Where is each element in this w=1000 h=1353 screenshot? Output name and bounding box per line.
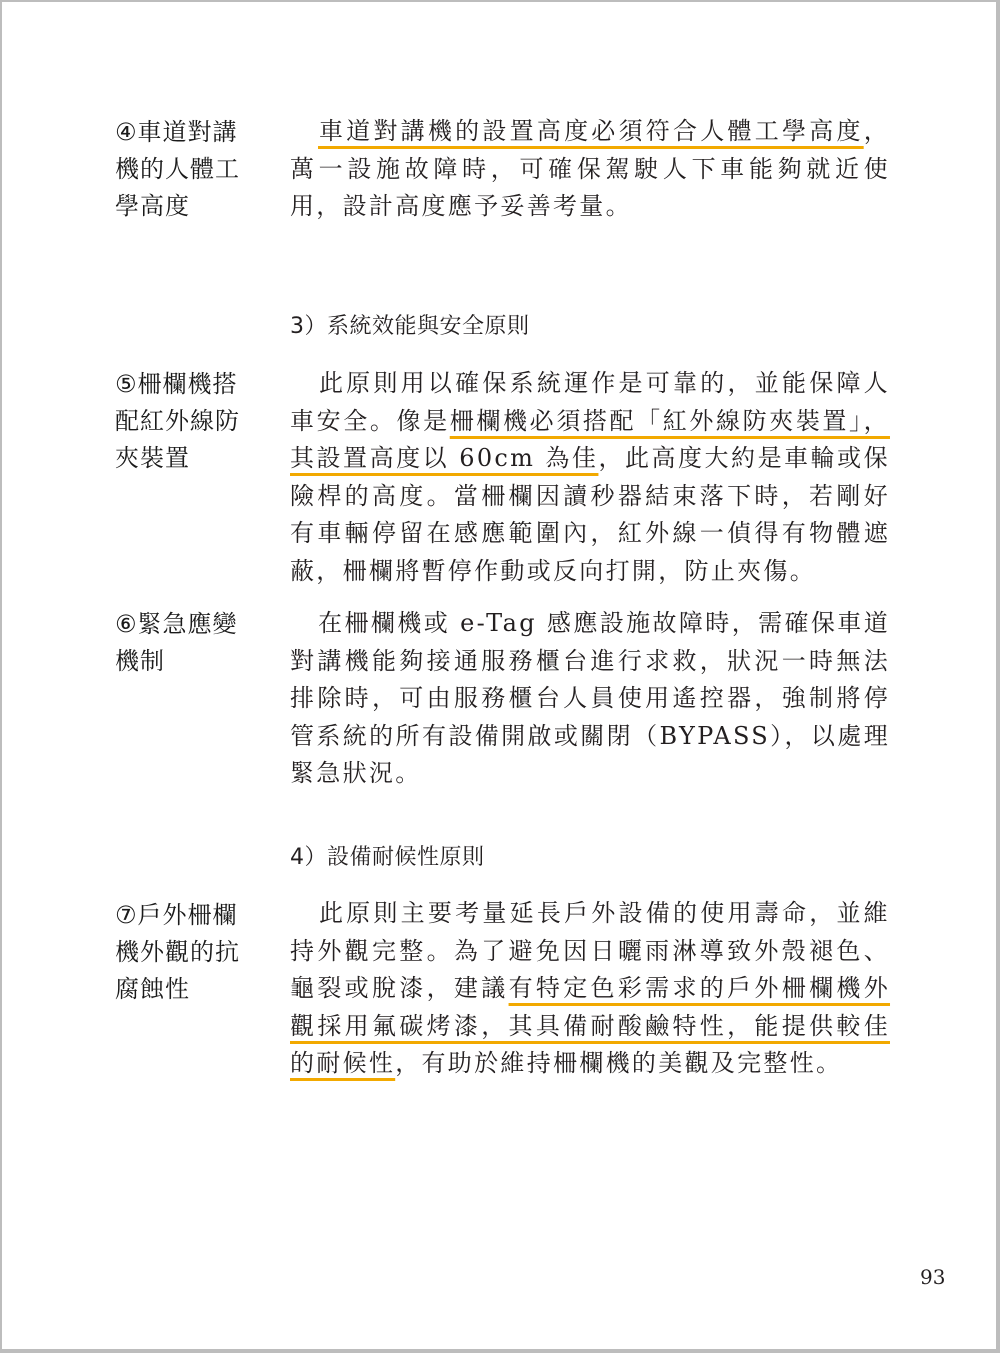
page-number: 93 (920, 1265, 945, 1289)
paragraph-item-7: 此原則主要考量延長戶外設備的使用壽命，並維持外觀完整。為了避免因日曬雨淋導致外殼… (290, 895, 890, 1083)
side-label-item-6: ⑥緊急應變 機制 (115, 606, 265, 680)
side-label-item-5: ⑤柵欄機搭 配紅外線防 夾裝置 (115, 366, 265, 477)
side-label-item-4: ④車道對講 機的人體工 學高度 (115, 114, 265, 225)
paragraph-item-4: 車道對講機的設置高度必須符合人體工學高度，萬一設施故障時，可確保駕駛人下車能夠就… (290, 113, 890, 226)
body-text: ，有助於維持柵欄機的美觀及完整性。 (395, 1049, 842, 1077)
section-heading-3: 3）系統效能與安全原則 (290, 312, 530, 342)
highlighted-text: 車道對講機的設置高度必須符合人體工學高度 (318, 117, 864, 145)
paragraph-item-6: 在柵欄機或 e-Tag 感應設施故障時，需確保車道對講機能夠接通服務櫃台進行求救… (290, 605, 890, 793)
section-heading-4: 4）設備耐候性原則 (290, 843, 485, 873)
side-label-item-7: ⑦戶外柵欄 機外觀的抗 腐蝕性 (115, 897, 265, 1008)
body-text: 在柵欄機或 e-Tag 感應設施故障時，需確保車道對講機能夠接通服務櫃台進行求救… (290, 609, 890, 787)
paragraph-item-5: 此原則用以確保系統運作是可靠的，並能保障人車安全。像是柵欄機必須搭配「紅外線防夾… (290, 365, 890, 590)
